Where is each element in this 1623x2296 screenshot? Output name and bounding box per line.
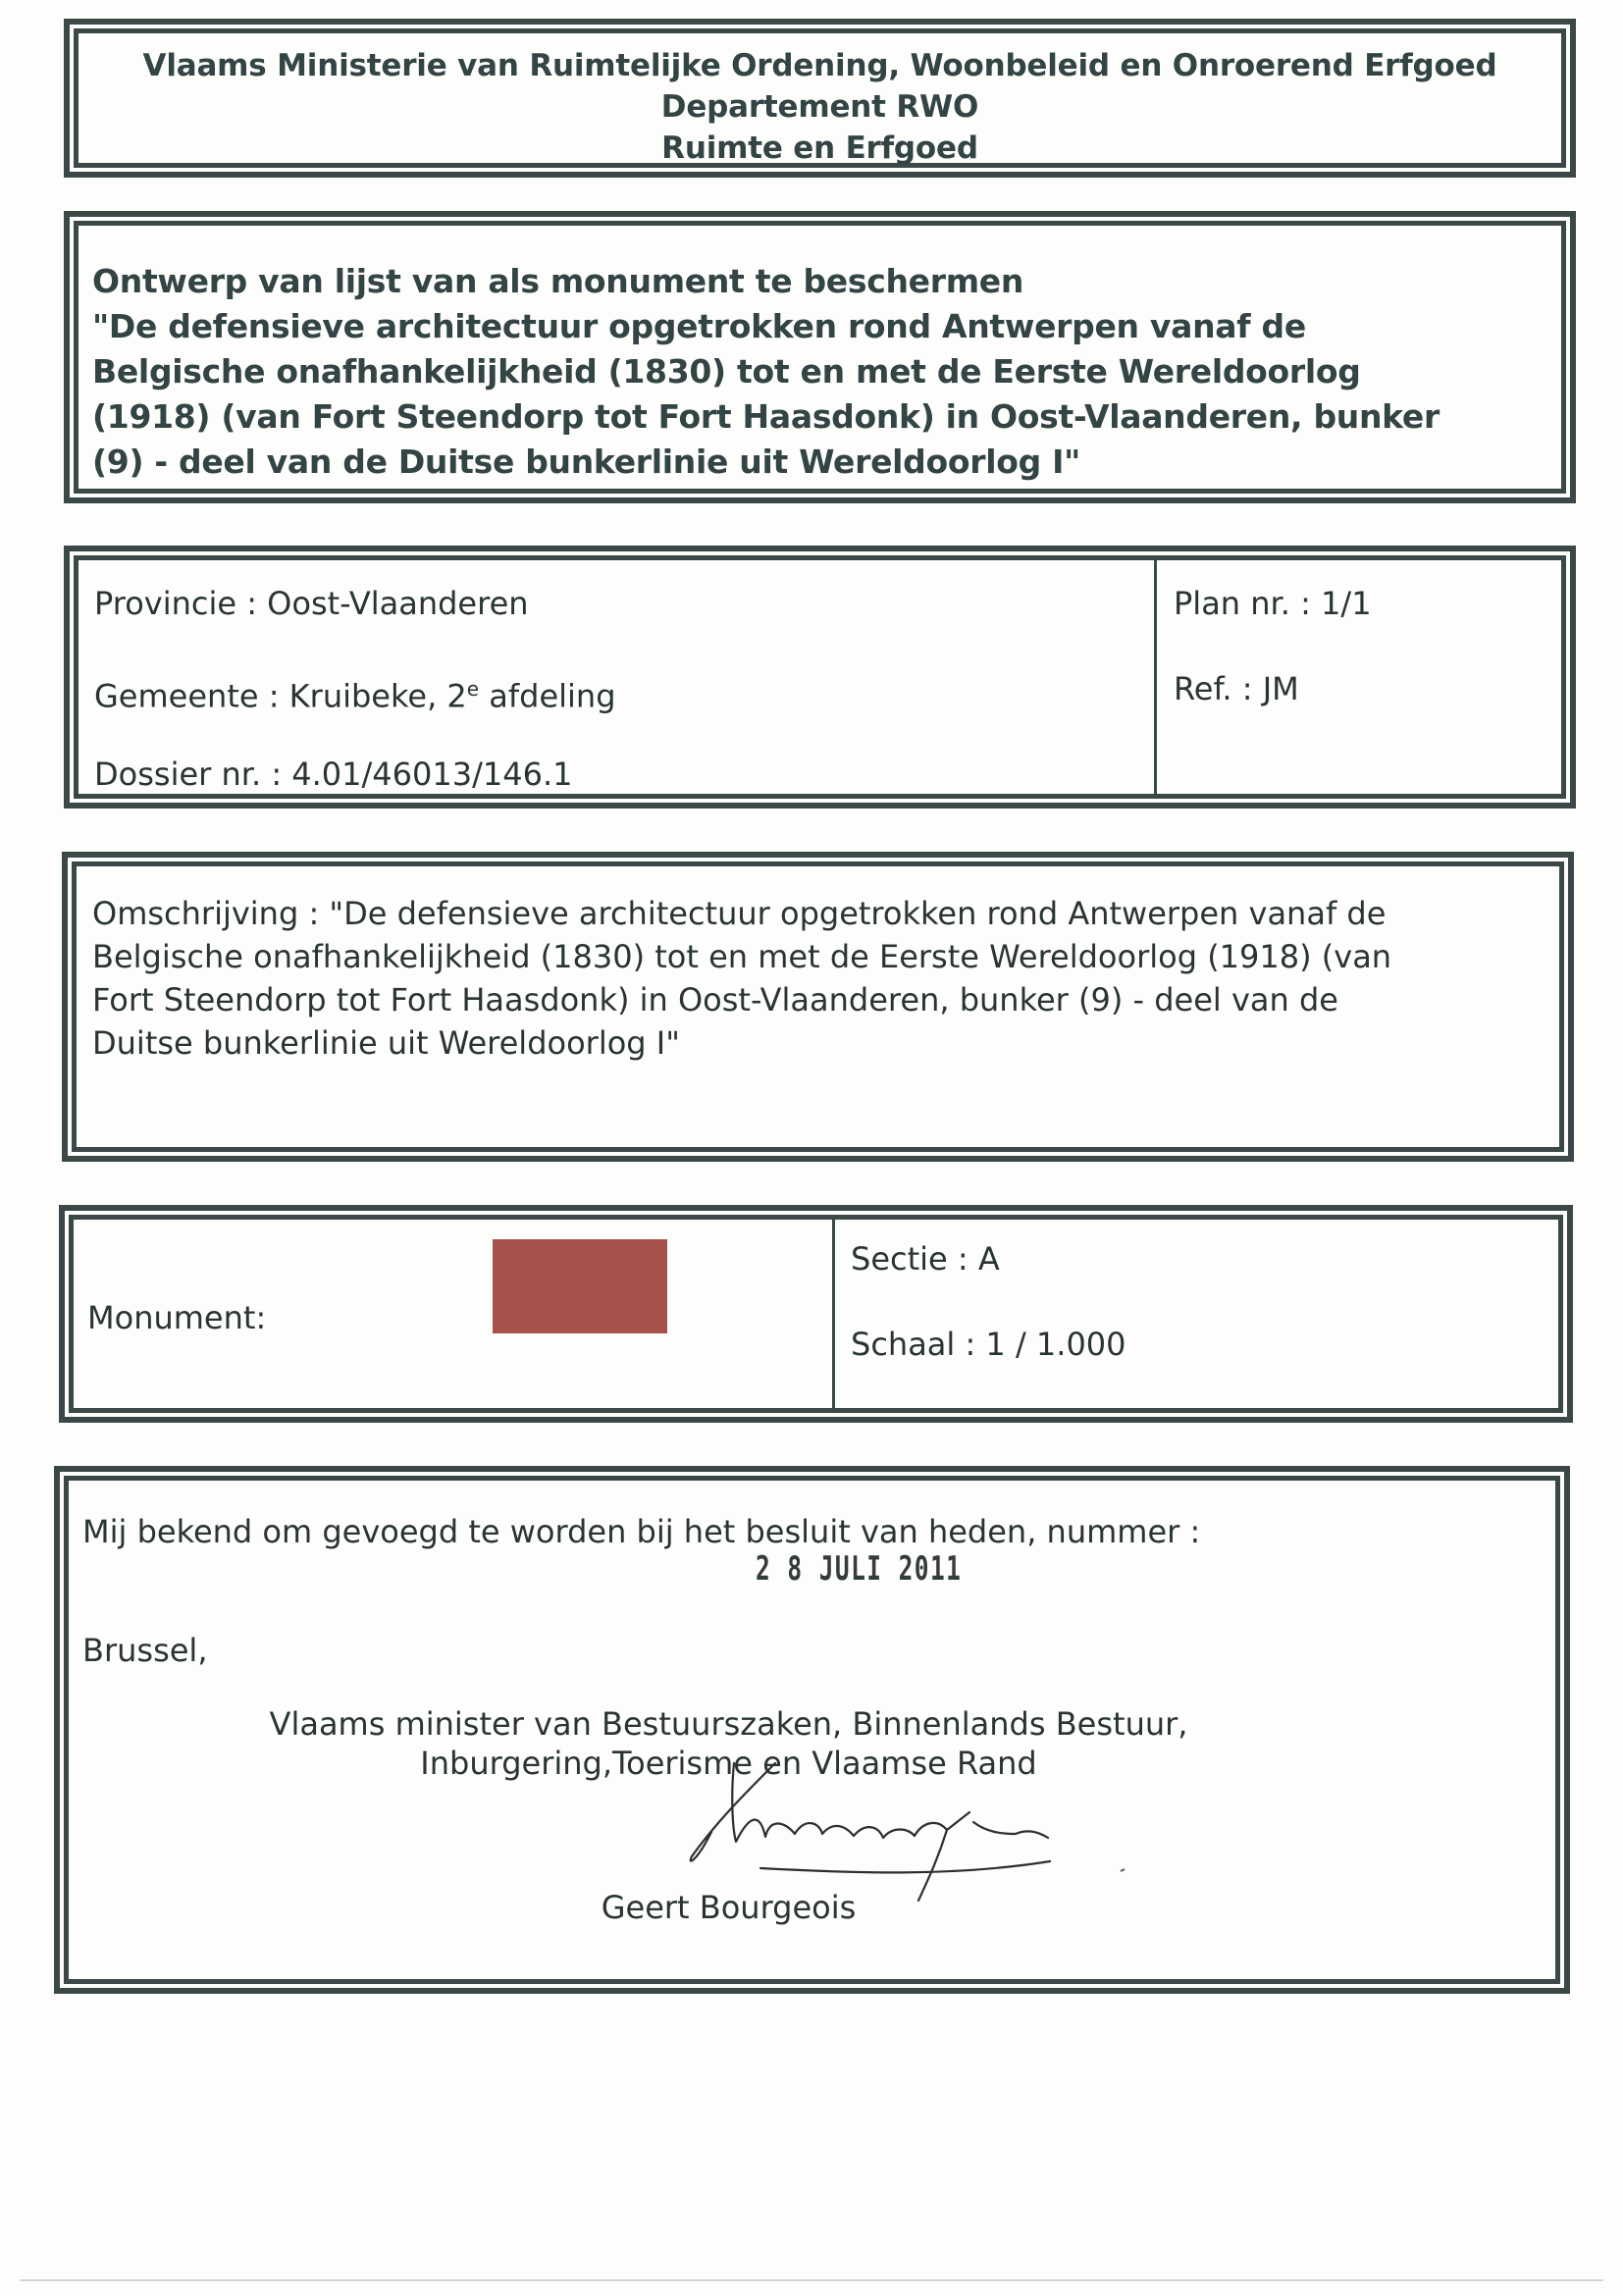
- document-heading: Ontwerp van lijst van als monument te be…: [92, 259, 1551, 304]
- division-name: Ruimte en Erfgoed: [79, 128, 1561, 169]
- place-label: Brussel,: [82, 1631, 207, 1670]
- sectie-field: Sectie : A: [851, 1239, 1000, 1278]
- description-text: Omschrijving : "De defensieve architectu…: [92, 892, 1391, 1065]
- title-line: Belgische onafhankelijkheid (1830) tot e…: [92, 349, 1551, 394]
- provincie-field: Provincie : Oost-Vlaanderen: [94, 584, 529, 623]
- title-line: (9) - deel van de Duitse bunkerlinie uit…: [92, 440, 1551, 485]
- description-line: Duitse bunkerlinie uit Wereldoorlog I": [92, 1021, 1391, 1065]
- date-stamp: 2 8 JULI 2011: [756, 1549, 962, 1589]
- legend-box: Monument: Sectie : A Schaal : 1 / 1.000: [59, 1205, 1573, 1423]
- info-box: Provincie : Oost-Vlaanderen Gemeente : K…: [64, 546, 1576, 809]
- description-line: Omschrijving : "De defensieve architectu…: [92, 892, 1391, 935]
- title-line: "De defensieve architectuur opgetrokken …: [92, 304, 1551, 349]
- ministry-header-box: Vlaams Ministerie van Ruimtelijke Ordeni…: [64, 19, 1576, 178]
- monument-label: Monument:: [87, 1298, 266, 1337]
- title-box: Ontwerp van lijst van als monument te be…: [64, 211, 1576, 503]
- signatory-name: Geert Bourgeois: [69, 1888, 1555, 1927]
- approval-statement: Mij bekend om gevoegd te worden bij het …: [82, 1512, 1200, 1551]
- gemeente-superscript: e: [467, 677, 479, 701]
- scan-edge-line: [20, 2279, 1603, 2281]
- approval-box: Mij bekend om gevoegd te worden bij het …: [54, 1466, 1570, 1994]
- gemeente-suffix: afdeling: [479, 678, 615, 715]
- schaal-field: Schaal : 1 / 1.000: [851, 1325, 1126, 1364]
- plan-field: Plan nr. : 1/1: [1174, 584, 1372, 623]
- dossier-field: Dossier nr. : 4.01/46013/146.1: [94, 755, 572, 794]
- description-box: Omschrijving : "De defensieve architectu…: [62, 852, 1574, 1162]
- description-line: Belgische onafhankelijkheid (1830) tot e…: [92, 935, 1391, 978]
- description-line: Fort Steendorp tot Fort Haasdonk) in Oos…: [92, 978, 1391, 1021]
- ref-field: Ref. : JM: [1174, 669, 1299, 708]
- gemeente-value: Gemeente : Kruibeke, 2: [94, 678, 467, 715]
- title-line: (1918) (van Fort Steendorp tot Fort Haas…: [92, 394, 1551, 440]
- ministry-name: Vlaams Ministerie van Ruimtelijke Ordeni…: [79, 45, 1561, 86]
- department-name: Departement RWO: [79, 86, 1561, 128]
- monument-color-swatch: [493, 1239, 667, 1333]
- legend-divider: [832, 1220, 835, 1408]
- gemeente-field: Gemeente : Kruibeke, 2e afdeling: [94, 669, 616, 716]
- info-divider: [1154, 560, 1157, 794]
